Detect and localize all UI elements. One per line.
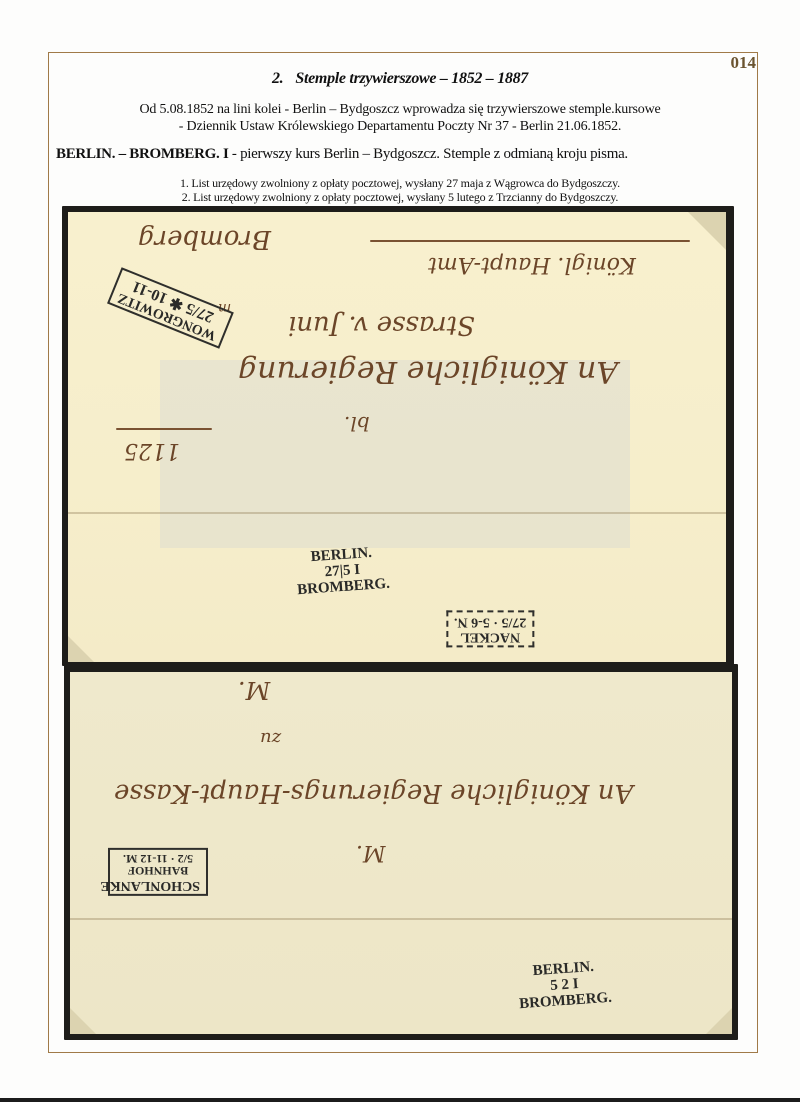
handwriting-underline — [116, 428, 212, 430]
section-number: 2. — [272, 70, 283, 87]
description-line-2: - Dziennik Ustaw Królewskiego Departamen… — [0, 119, 800, 135]
handwriting-destination: Bromberg — [138, 224, 271, 254]
page-title: 2.Stemple trzywierszowe – 1852 – 1887 — [0, 70, 800, 88]
handwriting-mark: M. — [356, 840, 386, 865]
handwriting-underline — [370, 240, 690, 242]
item-caption-2: 2. List urzędowy zwolniony z opłaty pocz… — [0, 190, 800, 205]
berlin-bromberg-stamp: BERLIN. 27|5 I BROMBERG. — [294, 545, 390, 599]
handwriting-address: An Königliche Regierungs-Haupt-Kasse — [114, 778, 633, 808]
letter-corner — [68, 636, 94, 662]
handwriting-small: bl. — [344, 412, 370, 436]
handwriting-office: Königl. Haupt-Amt — [428, 252, 636, 277]
berlin-bromberg-stamp: BERLIN. 5 2 I BROMBERG. — [516, 959, 612, 1013]
handwriting-line-2: An Königliche Regierung — [238, 354, 618, 389]
handwriting-line-1: Strasse v. Juni — [288, 310, 475, 340]
letter-2: M. zu An Königliche Regierungs-Haupt-Kas… — [70, 672, 732, 1034]
letter-1: Bromberg Königl. Haupt-Amt m Strasse v. … — [68, 212, 726, 662]
section-title: Stemple trzywierszowe – 1852 – 1887 — [295, 70, 528, 87]
handwriting-fragment: M. — [238, 676, 270, 704]
handwriting-small: zu — [260, 728, 281, 749]
description-line-1: Od 5.08.1852 na lini kolei - Berlin – By… — [0, 102, 800, 118]
handwriting-number: 1125 — [124, 438, 180, 463]
heading-rest: - pierwszy kurs Berlin – Bydgoszcz. Stem… — [228, 146, 627, 162]
letter-corner — [706, 1008, 732, 1034]
fold-line — [68, 512, 726, 514]
letter-corner — [688, 212, 726, 250]
nackel-stamp: NACKEL 27/5 · 5-6 N. — [446, 610, 534, 647]
scan-edge — [0, 1098, 800, 1102]
fold-line — [70, 918, 732, 920]
schonlanke-stamp: SCHONLANKE BAHNHOF 5/2 · 11-12 M. — [108, 848, 208, 896]
wongrowitz-stamp: WONGROWITZ 27/5 ✱ 10-11 — [107, 267, 234, 349]
subsection-heading: BERLIN. – BROMBERG. I - pierwszy kurs Be… — [56, 146, 628, 163]
letter-corner — [70, 1008, 96, 1034]
item-caption-1: 1. List urzędowy zwolniony z opłaty pocz… — [0, 176, 800, 191]
heading-bold: BERLIN. – BROMBERG. I — [56, 146, 228, 162]
